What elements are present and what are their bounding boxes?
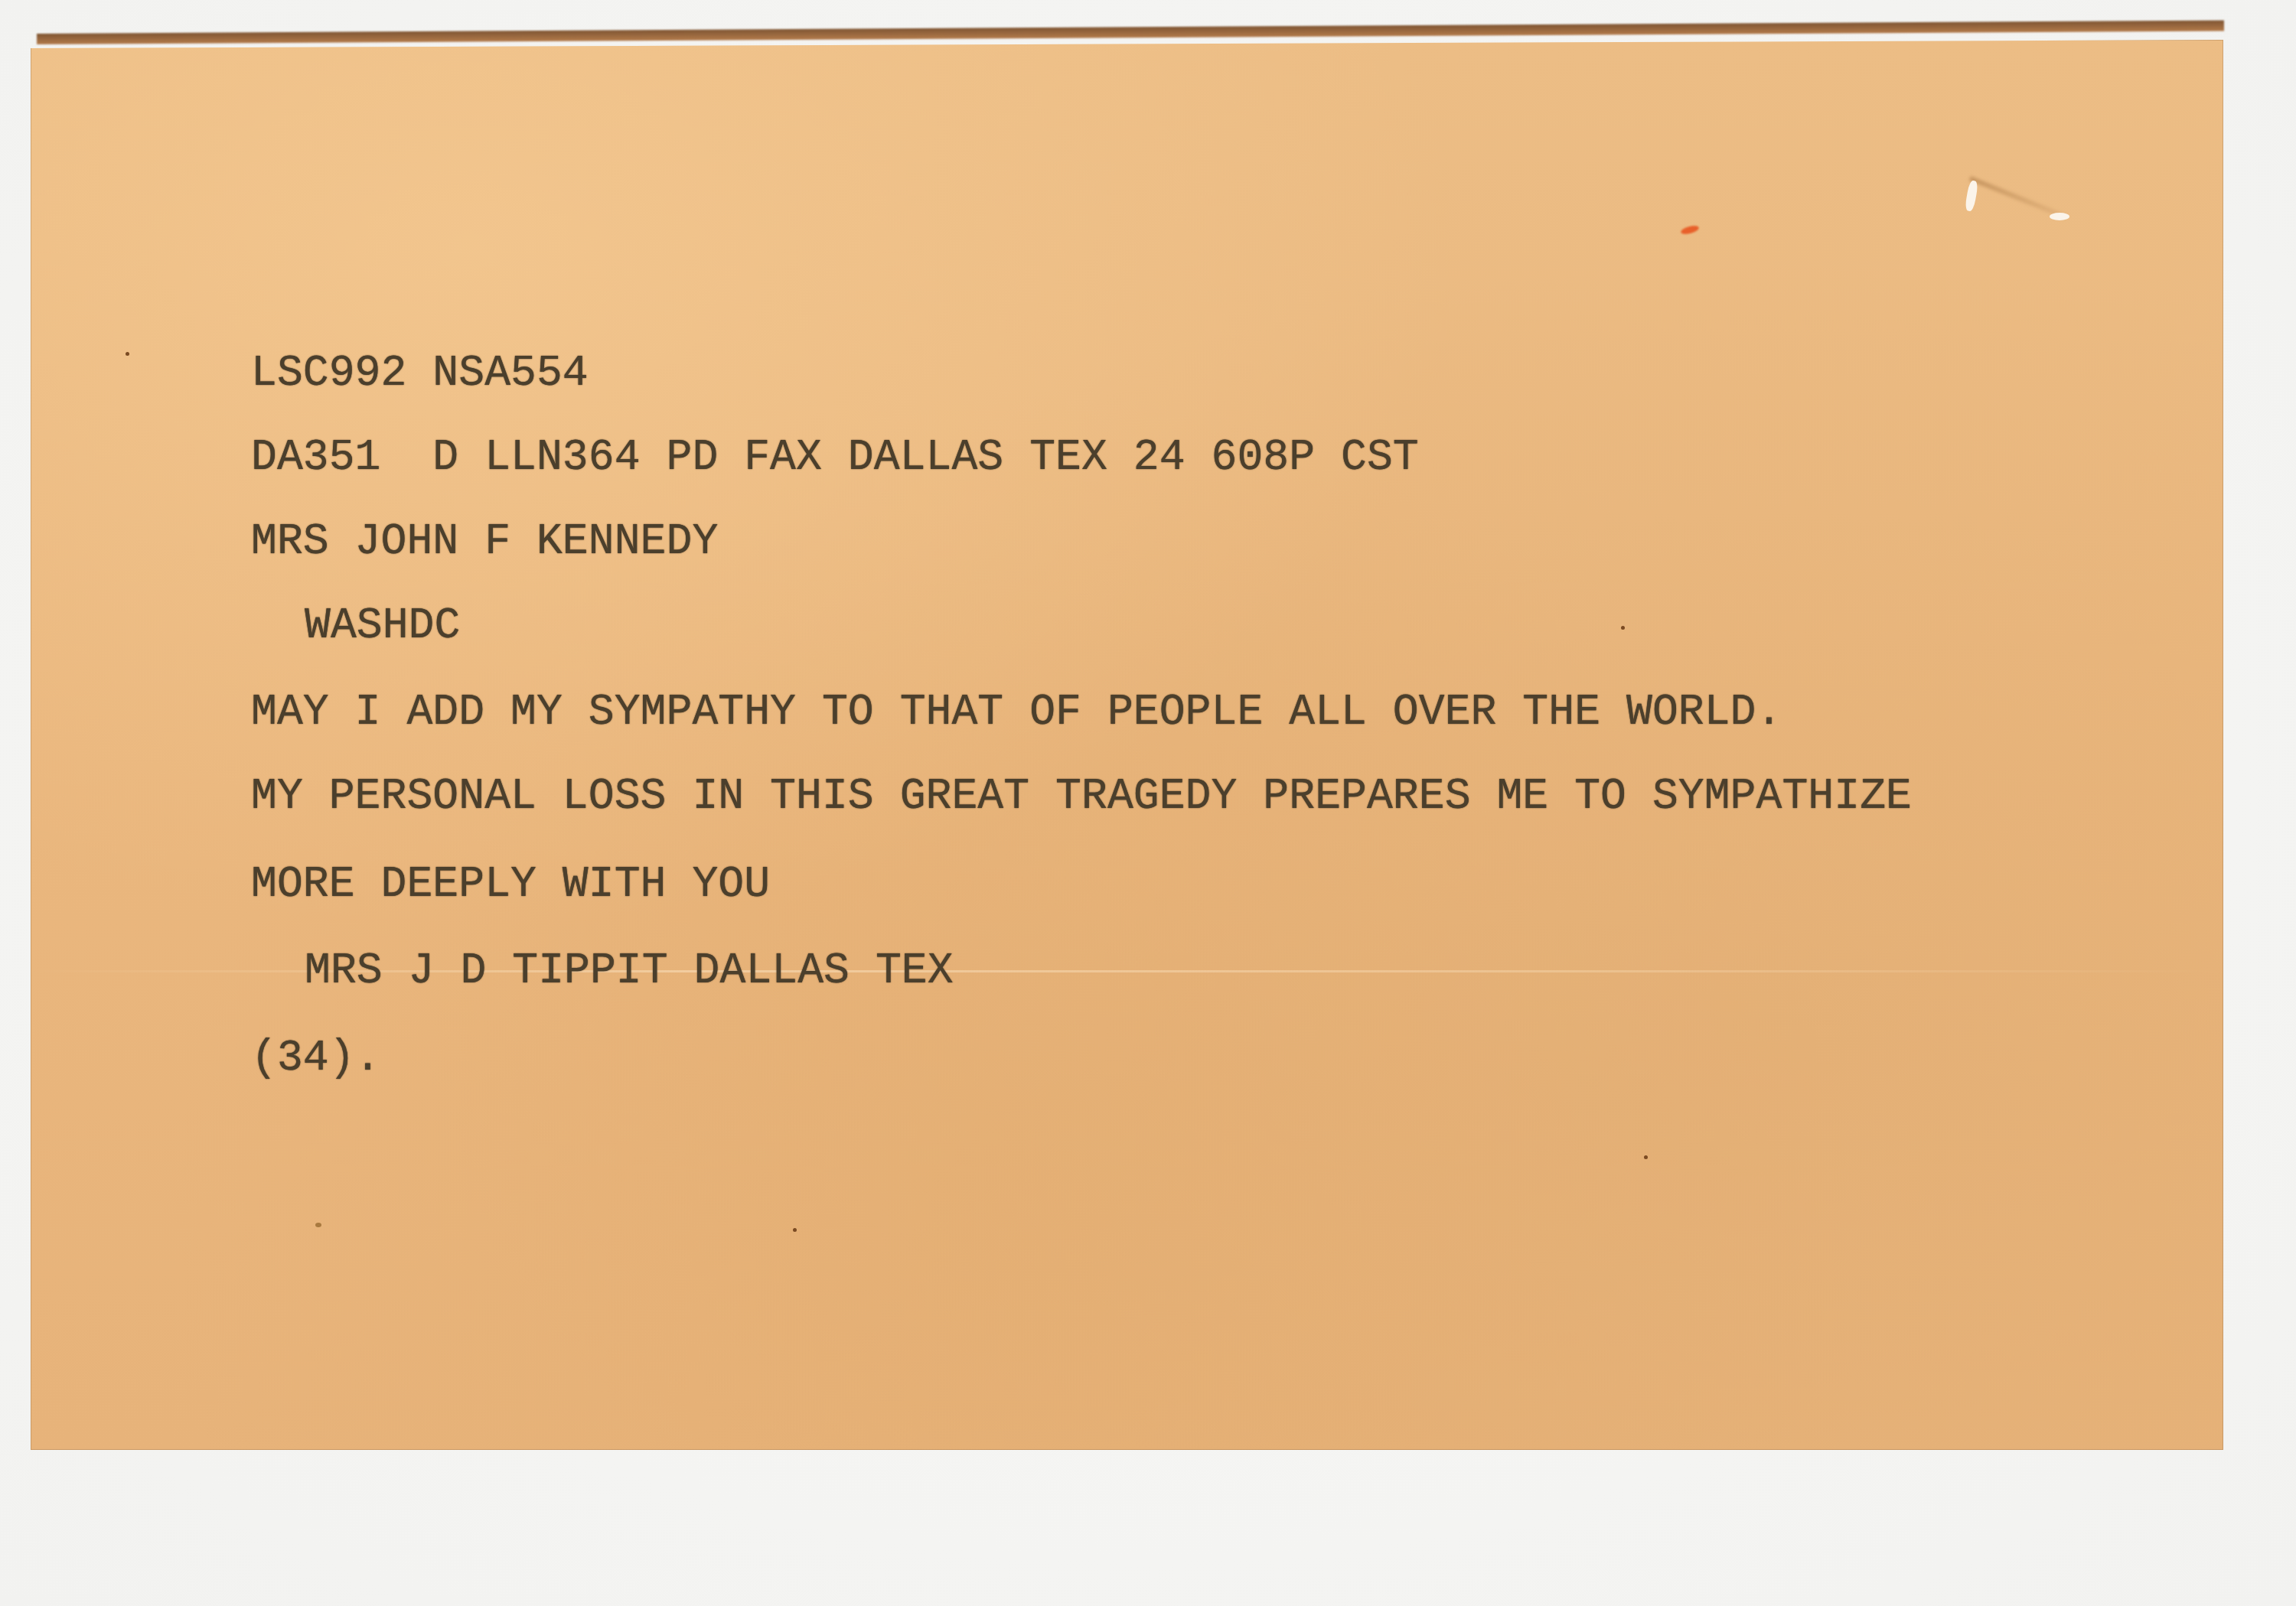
header-line-1: LSC992 NSA554 [251, 352, 589, 396]
tear-mark [1965, 180, 1979, 211]
paper-speck [315, 1223, 321, 1227]
recipient-location: WASHDC [305, 604, 460, 648]
recipient-name: MRS JOHN F KENNEDY [251, 520, 718, 564]
paper-speck [793, 1228, 797, 1232]
body-line-3: MORE DEEPLY WITH YOU [251, 863, 770, 907]
tear-mark [2050, 213, 2069, 220]
paper-speck [1644, 1155, 1648, 1159]
signature: MRS J D TIPPIT DALLAS TEX [305, 950, 954, 993]
body-line-2: MY PERSONAL LOSS IN THIS GREAT TRAGEDY P… [251, 775, 1912, 819]
word-count: (34). [251, 1037, 381, 1080]
paper-speck [1621, 626, 1625, 630]
body-line-1: MAY I ADD MY SYMPATHY TO THAT OF PEOPLE … [251, 691, 1782, 735]
header-line-2: DA351 D LLN364 PD FAX DALLAS TEX 24 608P… [251, 436, 1419, 480]
paper-speck [126, 352, 129, 356]
corner-crease-damage [1967, 174, 2097, 228]
crease-fold [1969, 176, 2066, 219]
telegram-text: LSC992 NSA554 DA351 D LLN364 PD FAX DALL… [251, 352, 303, 784]
telegram-paper [31, 40, 2223, 1450]
